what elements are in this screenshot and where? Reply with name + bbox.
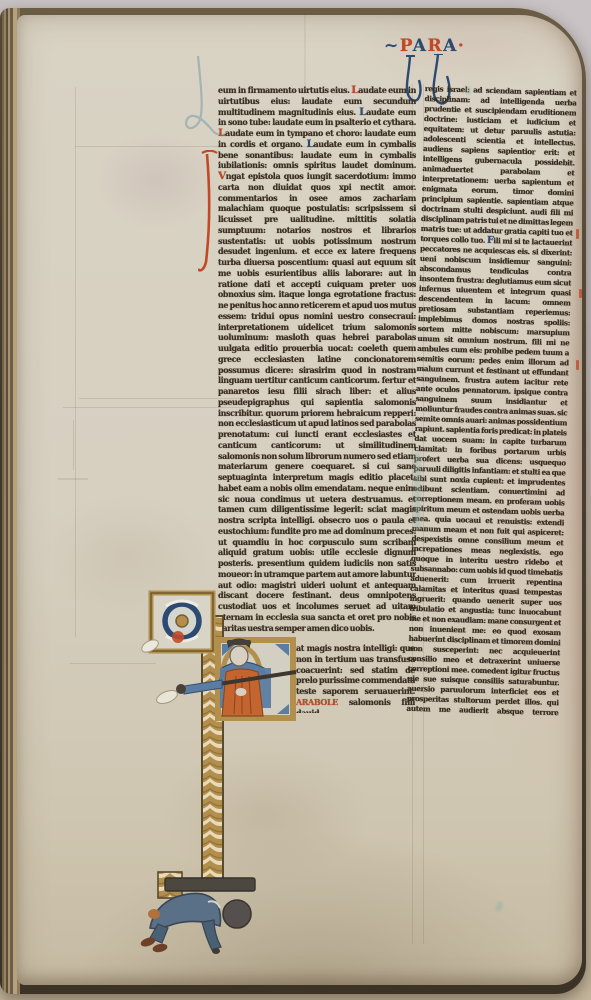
colored-initial: A — [413, 36, 428, 56]
colored-initial: V — [218, 170, 226, 182]
white-drape — [155, 688, 180, 706]
pigment-offset-mark — [466, 86, 471, 95]
atlas-figure — [140, 893, 251, 954]
knee-patch — [148, 909, 160, 919]
red-edge-mark — [579, 289, 582, 298]
text-run: eum in firmamento uirtutis eius. — [218, 85, 351, 95]
text-run: ngat epistola quos iungit sacerdotium: i… — [218, 171, 416, 633]
face — [230, 646, 248, 666]
pigment-offset-streak — [414, 452, 421, 530]
ruling-line — [58, 478, 88, 480]
text-run: regis israel: ad sciendam sapientiam et … — [420, 84, 577, 245]
red-edge-mark — [576, 229, 579, 239]
illuminated-initial-p — [110, 580, 310, 980]
colored-initial: P — [400, 36, 413, 56]
colored-initial: · — [458, 36, 465, 56]
left-text-column-beside-initial: at magis nostra intelligi: que non in te… — [296, 643, 415, 713]
colored-initial: L — [306, 138, 313, 150]
left-text-column: eum in firmamento uirtutis eius. Laudate… — [218, 85, 416, 643]
colored-initial: R — [428, 36, 444, 56]
ornamental-knot — [140, 593, 213, 655]
red-edge-mark — [576, 360, 579, 370]
right-text-column: regis israel: ad sciendam sapientiam et … — [406, 84, 577, 719]
colored-initial: A — [443, 36, 458, 56]
text-run: ili mi si te lactauerint peccatores ne a… — [406, 236, 572, 719]
colored-initial: L — [218, 127, 225, 139]
shoe — [152, 943, 168, 954]
text-run: at magis nostra intelligi: que non in te… — [296, 643, 415, 696]
ruling-line — [73, 420, 74, 470]
head — [223, 900, 251, 928]
ruling-line — [75, 87, 76, 637]
fold-crease — [304, 15, 306, 93]
hands — [236, 688, 247, 696]
running-header: ∼PARA· — [384, 36, 465, 56]
colored-initial: ∼ — [384, 36, 400, 56]
